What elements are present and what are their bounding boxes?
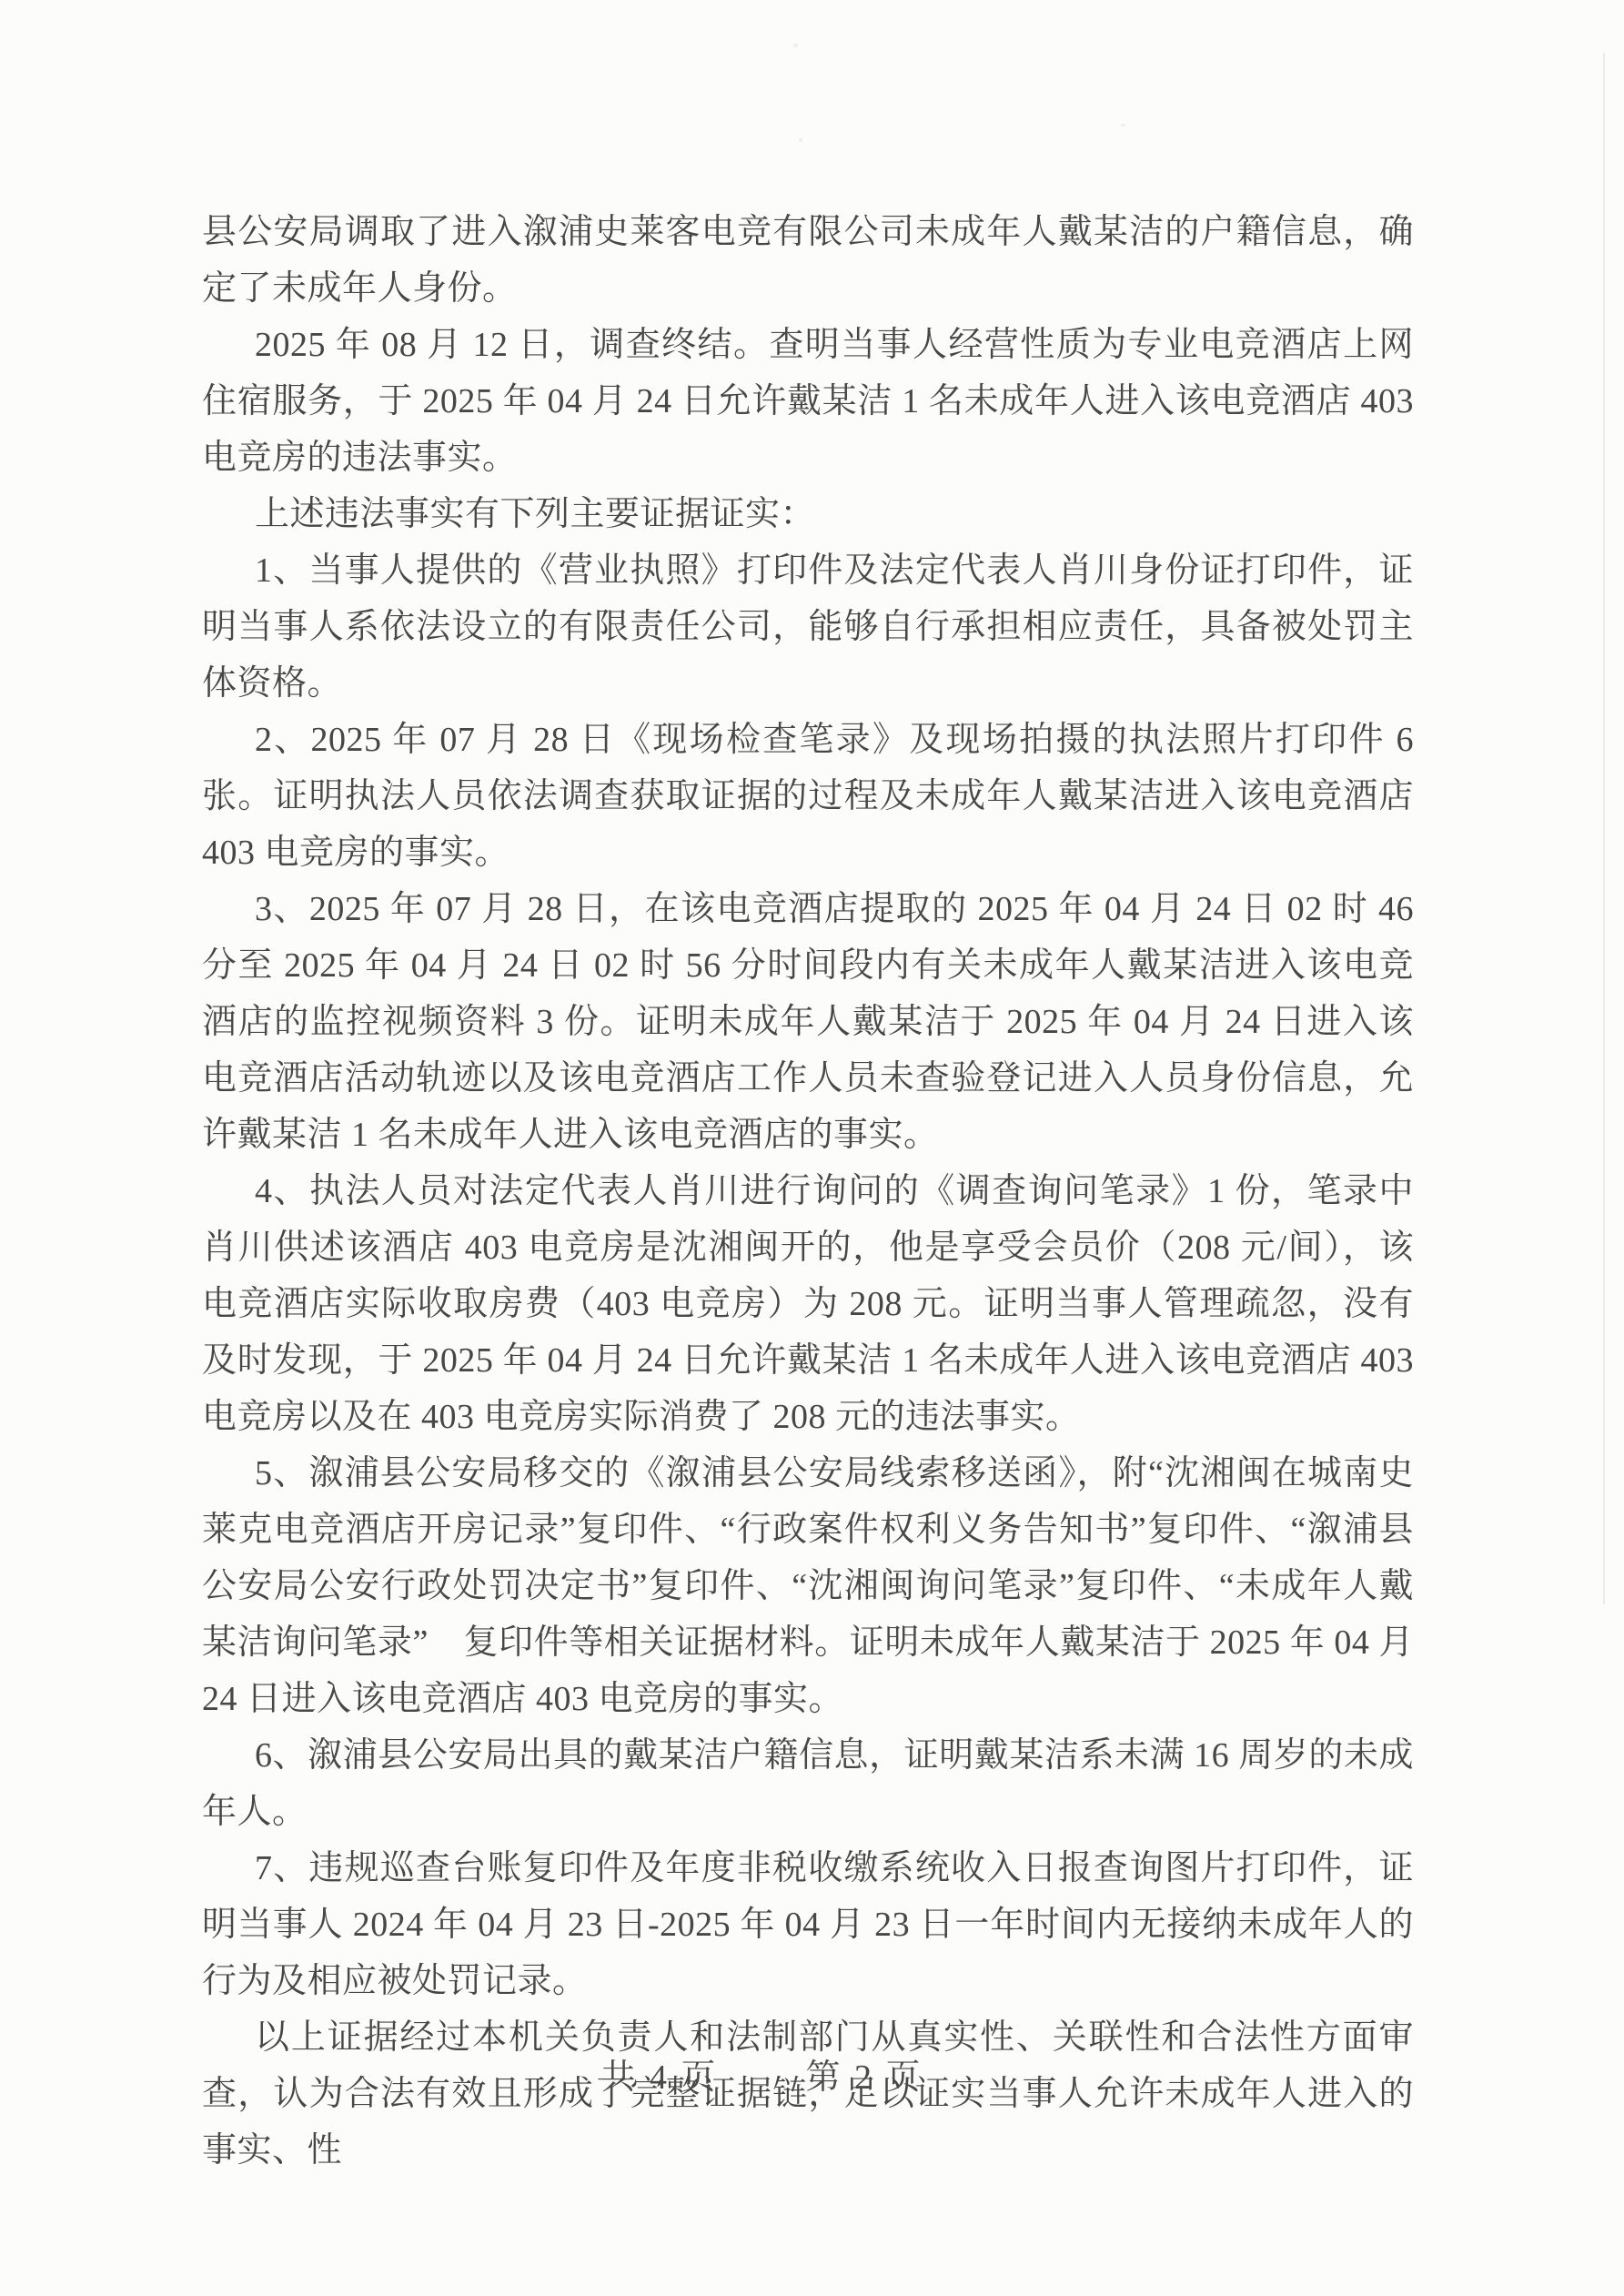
paragraph-evidence-item-5: 5、溆浦县公安局移交的《溆浦县公安局线索移送函》，附“沈湘闽在城南史莱克电竞酒店…	[202, 1445, 1414, 1727]
paragraph-evidence-item-3: 3、2025 年 07 月 28 日，在该电竞酒店提取的 2025 年 04 月…	[202, 881, 1414, 1163]
scan-speck	[1121, 124, 1125, 126]
footer-total-pages: 共 4 页	[600, 2058, 718, 2097]
paragraph-evidence-intro: 上述违法事实有下列主要证据证实：	[202, 486, 1414, 542]
paragraph-investigation-conclusion: 2025 年 08 月 12 日，调查终结。查明当事人经营性质为专业电竞酒店上网…	[202, 317, 1414, 486]
paragraph-evidence-item-7: 7、违规巡查台账复印件及年度非税收缴系统收入日报查询图片打印件，证明当事人 20…	[202, 1840, 1414, 2009]
paragraph-evidence-item-6: 6、溆浦县公安局出具的戴某洁户籍信息，证明戴某洁系未满 16 周岁的未成年人。	[202, 1727, 1414, 1840]
paragraph-evidence-item-4: 4、执法人员对法定代表人肖川进行询问的《调查询问笔录》1 份，笔录中肖川供述该酒…	[202, 1163, 1414, 1445]
scanned-document-page: 县公安局调取了进入溆浦史莱客电竞有限公司未成年人戴某洁的户籍信息，确定了未成年人…	[0, 0, 1624, 2296]
scan-edge-artifact	[1603, 53, 1605, 1604]
paragraph-household-info-continuation: 县公安局调取了进入溆浦史莱客电竞有限公司未成年人戴某洁的户籍信息，确定了未成年人…	[202, 204, 1414, 317]
paragraph-evidence-item-1: 1、当事人提供的《营业执照》打印件及法定代表人肖川身份证打印件，证明当事人系依法…	[202, 542, 1414, 712]
scan-speck	[799, 138, 802, 142]
page-footer: 共 4 页第 2 页	[0, 2049, 1574, 2106]
document-body: 县公安局调取了进入溆浦史莱客电竞有限公司未成年人戴某洁的户籍信息，确定了未成年人…	[202, 204, 1414, 2179]
scan-speck	[793, 44, 798, 47]
footer-current-page: 第 2 页	[806, 2058, 923, 2097]
paragraph-evidence-item-2: 2、2025 年 07 月 28 日《现场检查笔录》及现场拍摄的执法照片打印件 …	[202, 712, 1414, 881]
